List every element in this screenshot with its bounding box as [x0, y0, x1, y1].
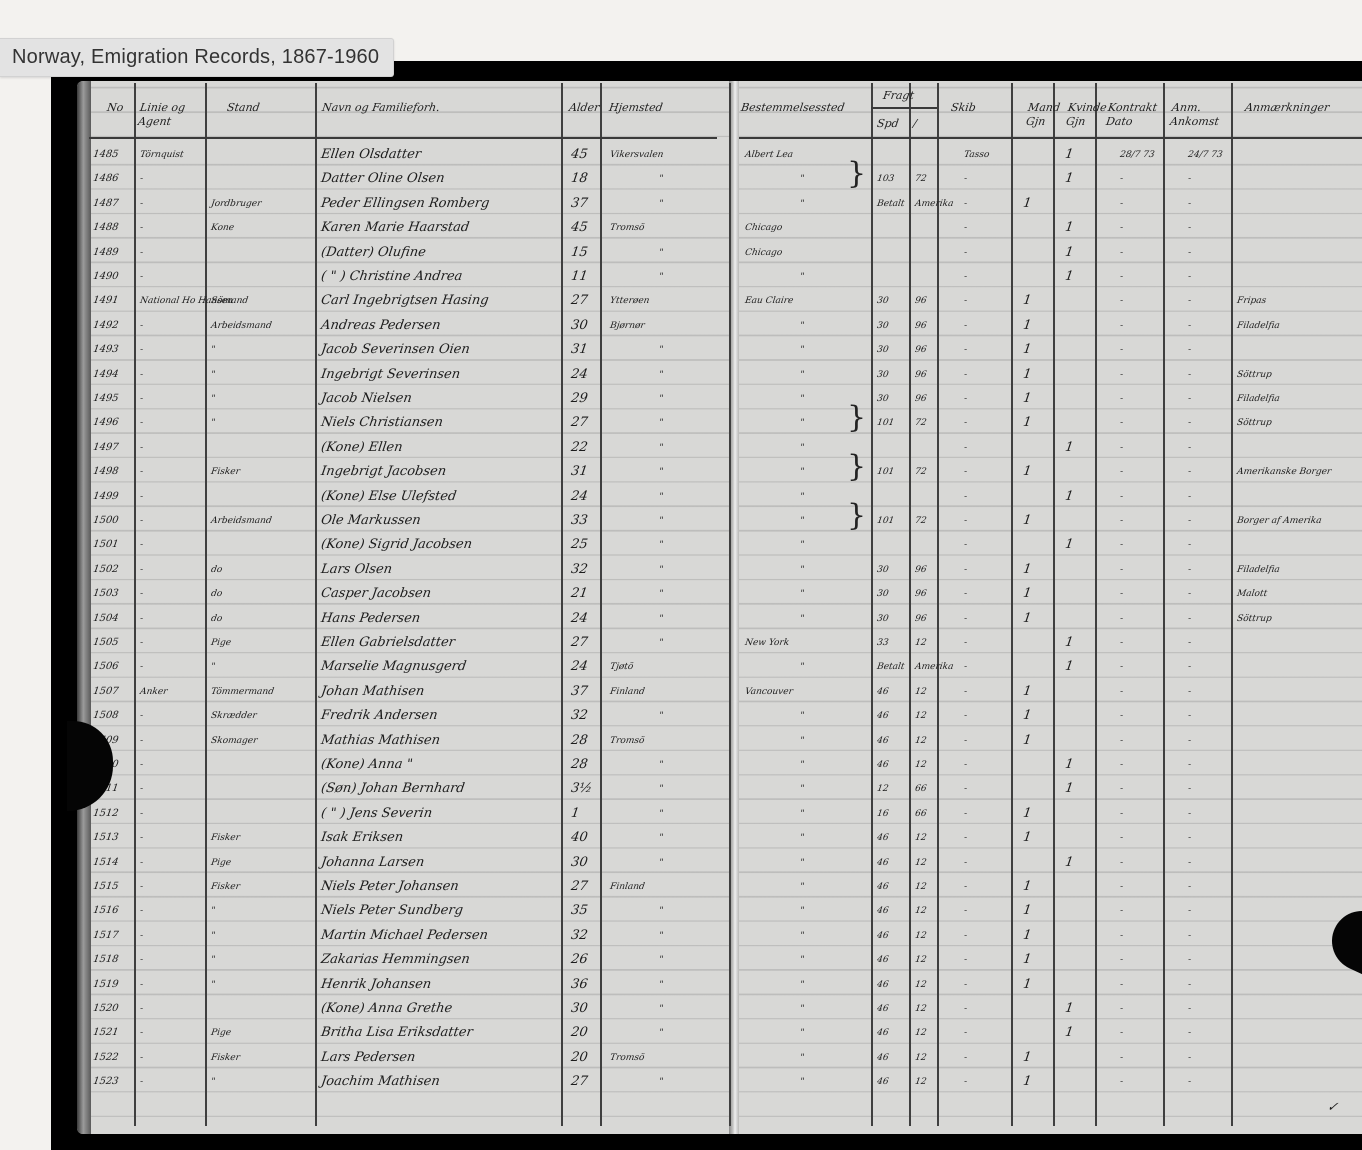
cell-no: 1521	[92, 1026, 119, 1040]
cell-age: 27	[570, 636, 589, 650]
column-header-f: Kvinde Gjn	[1065, 101, 1109, 129]
cell-agent: -	[139, 904, 144, 918]
cell-home: "	[658, 368, 664, 382]
cell-ort: 12	[914, 636, 927, 650]
cell-ort: 12	[914, 1075, 927, 1089]
cell-no: 1496	[92, 416, 119, 430]
cell-agent: -	[139, 978, 144, 992]
cell-dest: "	[799, 465, 805, 479]
cell-no: 1504	[92, 612, 119, 626]
cell-age: 27	[570, 294, 589, 308]
cell-agent: -	[139, 1075, 144, 1089]
cell-home: "	[658, 709, 664, 723]
cell-no: 1520	[92, 1002, 119, 1016]
cell-occ: Pige	[210, 636, 232, 650]
cell-name: Niels Peter Johansen	[320, 880, 460, 894]
cell-rem: Borger af Amerika	[1236, 514, 1322, 528]
cell-agent: -	[139, 587, 144, 601]
cell-spd: Betalt	[876, 197, 905, 211]
cell-age: 30	[570, 856, 589, 870]
cell-name: Jacob Severinsen Oien	[320, 343, 471, 357]
cell-date: -	[1119, 563, 1124, 577]
cell-name: Mathias Mathisen	[320, 734, 441, 748]
cell-ort: Amerika	[914, 197, 954, 211]
cell-arr: -	[1187, 929, 1192, 943]
cell-home: "	[658, 587, 664, 601]
cell-agent: -	[139, 856, 144, 870]
column-rule	[1011, 83, 1013, 1126]
cell-ship: -	[963, 587, 968, 601]
cell-home: Tromsö	[609, 1051, 645, 1065]
cell-ship: -	[963, 807, 968, 821]
column-rule	[1231, 83, 1233, 1126]
cell-age: 30	[570, 319, 589, 333]
cell-m: 1	[1022, 1051, 1032, 1065]
column-header-arr: Anm. Ankomst	[1169, 101, 1239, 129]
cell-occ: Sömand	[210, 294, 249, 308]
column-rule	[871, 83, 873, 1126]
cell-agent: -	[139, 758, 144, 772]
cell-home: "	[658, 782, 664, 796]
cell-dest: "	[799, 782, 805, 796]
cell-dest: "	[799, 197, 805, 211]
cell-arr: 24/7 73	[1187, 148, 1223, 162]
cell-occ: "	[210, 416, 216, 430]
cell-arr: -	[1187, 856, 1192, 870]
cell-ort: Amerika	[914, 660, 954, 674]
cell-dest: "	[799, 319, 805, 333]
cell-home: "	[658, 929, 664, 943]
cell-f: 1	[1064, 490, 1074, 504]
cell-age: 45	[570, 148, 589, 162]
cell-no: 1506	[92, 660, 119, 674]
cell-dest: "	[799, 368, 805, 382]
cell-f: 1	[1064, 758, 1074, 772]
cell-date: -	[1119, 612, 1124, 626]
cell-name: Zakarias Hemmingsen	[320, 953, 471, 967]
cell-date: -	[1119, 221, 1124, 235]
cell-dest: "	[799, 270, 805, 284]
cell-arr: -	[1187, 904, 1192, 918]
cell-ship: -	[963, 319, 968, 333]
cell-spd: 46	[876, 709, 889, 723]
cell-arr: -	[1187, 1026, 1192, 1040]
cell-agent: -	[139, 660, 144, 674]
cell-date: -	[1119, 1026, 1124, 1040]
column-rule	[134, 83, 136, 1126]
cell-date: -	[1119, 1075, 1124, 1089]
cell-spd: 30	[876, 587, 889, 601]
cell-m: 1	[1022, 685, 1032, 699]
cell-spd: 46	[876, 856, 889, 870]
cell-date: -	[1119, 343, 1124, 357]
cell-occ: do	[210, 563, 223, 577]
cell-date: -	[1119, 978, 1124, 992]
cell-ort: 96	[914, 392, 927, 406]
cell-occ: Tömmermand	[210, 685, 275, 699]
cell-date: -	[1119, 490, 1124, 504]
cell-occ: Skrædder	[210, 709, 258, 723]
cell-m: 1	[1022, 807, 1032, 821]
cell-agent: -	[139, 172, 144, 186]
cell-arr: -	[1187, 807, 1192, 821]
cell-age: 28	[570, 734, 589, 748]
cell-ort: 12	[914, 880, 927, 894]
cell-ort: 96	[914, 294, 927, 308]
cell-occ: Pige	[210, 1026, 232, 1040]
cell-agent: -	[139, 246, 144, 260]
cell-name: Britha Lisa Eriksdatter	[320, 1026, 474, 1040]
cell-home: "	[658, 416, 664, 430]
column-rule	[729, 83, 731, 1126]
cell-dest: "	[799, 587, 805, 601]
cell-home: "	[658, 1002, 664, 1016]
cell-name: Jacob Nielsen	[320, 392, 413, 406]
cell-spd: 101	[876, 514, 895, 528]
cell-agent: -	[139, 319, 144, 333]
cell-age: 27	[570, 880, 589, 894]
cell-date: -	[1119, 441, 1124, 455]
cell-f: 1	[1064, 221, 1074, 235]
cell-rem: Filadelfia	[1236, 392, 1281, 406]
cell-no: 1485	[92, 148, 119, 162]
cell-ort: 12	[914, 709, 927, 723]
cell-ship: -	[963, 904, 968, 918]
cell-age: 20	[570, 1051, 589, 1065]
cell-no: 1519	[92, 978, 119, 992]
cell-dest: "	[799, 734, 805, 748]
cell-agent: -	[139, 441, 144, 455]
cell-name: Niels Peter Sundberg	[320, 904, 464, 918]
cell-home: "	[658, 172, 664, 186]
cell-spd: 46	[876, 1051, 889, 1065]
cell-spd: 46	[876, 1002, 889, 1016]
cell-spd: 30	[876, 612, 889, 626]
cell-no: 1487	[92, 197, 119, 211]
cell-rem: Malott	[1236, 587, 1268, 601]
cell-agent: -	[139, 709, 144, 723]
cell-ship: -	[963, 343, 968, 357]
cell-agent: -	[139, 343, 144, 357]
cell-dest: "	[799, 514, 805, 528]
cell-ort: 12	[914, 734, 927, 748]
cell-date: 28/7 73	[1119, 148, 1155, 162]
cell-date: -	[1119, 856, 1124, 870]
cell-ort: 12	[914, 1002, 927, 1016]
cell-home: "	[658, 758, 664, 772]
cell-spd: 46	[876, 1026, 889, 1040]
cell-agent: -	[139, 514, 144, 528]
cell-date: -	[1119, 660, 1124, 674]
cell-ship: -	[963, 685, 968, 699]
cell-ship: -	[963, 246, 968, 260]
cell-dest: "	[799, 660, 805, 674]
cell-spd: 30	[876, 392, 889, 406]
cell-arr: -	[1187, 465, 1192, 479]
cell-occ: "	[210, 368, 216, 382]
family-brace: }	[847, 403, 866, 433]
cell-name: Ellen Olsdatter	[320, 148, 422, 162]
cell-dest: "	[799, 172, 805, 186]
cell-dest: "	[799, 758, 805, 772]
cell-home: Tromsö	[609, 734, 645, 748]
book-spine	[77, 81, 91, 1134]
cell-name: (Kone) Anna Grethe	[320, 1002, 453, 1016]
cell-occ: "	[210, 978, 216, 992]
cell-occ: Kone	[210, 221, 235, 235]
cell-age: 24	[570, 490, 589, 504]
cell-spd: 30	[876, 368, 889, 382]
cell-age: 1	[570, 807, 580, 821]
cell-m: 1	[1022, 709, 1032, 723]
cell-home: "	[658, 1075, 664, 1089]
cell-age: 15	[570, 246, 589, 260]
cell-name: (Datter) Olufine	[320, 246, 427, 260]
cell-ship: -	[963, 416, 968, 430]
image-viewer[interactable]: NoLinie og AgentStandNavn og Familieforh…	[51, 61, 1362, 1150]
cell-arr: -	[1187, 368, 1192, 382]
cell-spd: 101	[876, 465, 895, 479]
cell-m: 1	[1022, 612, 1032, 626]
cell-agent: -	[139, 807, 144, 821]
cell-dest: "	[799, 807, 805, 821]
cell-spd: 30	[876, 319, 889, 333]
cell-f: 1	[1064, 538, 1074, 552]
cell-occ: Fisker	[210, 831, 241, 845]
cell-rem: Söttrup	[1236, 612, 1273, 626]
cell-occ: Pige	[210, 856, 232, 870]
cell-name: Ole Markussen	[320, 514, 422, 528]
cell-arr: -	[1187, 612, 1192, 626]
cell-ort: 96	[914, 343, 927, 357]
page-gutter	[729, 81, 739, 1134]
cell-spd: 12	[876, 782, 889, 796]
cell-date: -	[1119, 587, 1124, 601]
family-brace: }	[847, 501, 866, 531]
cell-ship: -	[963, 978, 968, 992]
cell-ort: 96	[914, 587, 927, 601]
cell-ship: -	[963, 392, 968, 406]
cell-ship: -	[963, 758, 968, 772]
cell-no: 1517	[92, 929, 119, 943]
cell-age: 28	[570, 758, 589, 772]
cell-no: 1513	[92, 831, 119, 845]
family-brace: }	[847, 452, 866, 482]
cell-ship: -	[963, 538, 968, 552]
cell-occ: Fisker	[210, 1051, 241, 1065]
cell-name: (Søn) Johan Bernhard	[320, 782, 466, 796]
cell-age: 18	[570, 172, 589, 186]
cell-arr: -	[1187, 392, 1192, 406]
cell-dest: "	[799, 1075, 805, 1089]
cell-agent: Törnquist	[139, 148, 184, 162]
cell-age: 32	[570, 709, 589, 723]
cell-date: -	[1119, 465, 1124, 479]
cell-m: 1	[1022, 294, 1032, 308]
cell-f: 1	[1064, 148, 1074, 162]
cell-date: -	[1119, 880, 1124, 894]
cell-date: -	[1119, 709, 1124, 723]
column-header-ort: /	[912, 117, 918, 131]
cell-dest: "	[799, 831, 805, 845]
cell-home: "	[658, 343, 664, 357]
cell-ort: 12	[914, 1026, 927, 1040]
cell-occ: Fisker	[210, 880, 241, 894]
cell-m: 1	[1022, 563, 1032, 577]
cell-ship: -	[963, 1051, 968, 1065]
cell-ort: 72	[914, 465, 927, 479]
cell-date: -	[1119, 685, 1124, 699]
cell-name: Andreas Pedersen	[320, 319, 441, 333]
cell-m: 1	[1022, 734, 1032, 748]
cell-agent: -	[139, 416, 144, 430]
cell-name: Ingebrigt Severinsen	[320, 368, 461, 382]
cell-date: -	[1119, 538, 1124, 552]
cell-dest: Eau Claire	[744, 294, 794, 308]
cell-f: 1	[1064, 636, 1074, 650]
column-header-name: Navn og Familieforh.	[321, 101, 441, 115]
cell-m: 1	[1022, 904, 1032, 918]
cell-dest: "	[799, 392, 805, 406]
cell-home: "	[658, 490, 664, 504]
cell-ship: -	[963, 490, 968, 504]
cell-name: (Kone) Else Ulefsted	[320, 490, 457, 504]
column-header-agent: Linie og Agent	[137, 101, 209, 129]
cell-arr: -	[1187, 660, 1192, 674]
cell-home: Finland	[609, 685, 646, 699]
cell-f: 1	[1064, 660, 1074, 674]
cell-m: 1	[1022, 197, 1032, 211]
cell-ort: 72	[914, 172, 927, 186]
cell-ship: -	[963, 1002, 968, 1016]
cell-home: "	[658, 953, 664, 967]
cell-name: Fredrik Andersen	[320, 709, 438, 723]
cell-name: Isak Eriksen	[320, 831, 404, 845]
column-header-spd: Spd	[876, 117, 900, 131]
cell-arr: -	[1187, 538, 1192, 552]
column-rule	[909, 83, 911, 1126]
cell-no: 1518	[92, 953, 119, 967]
cell-arr: -	[1187, 294, 1192, 308]
cell-agent: -	[139, 612, 144, 626]
column-rule	[937, 83, 939, 1126]
cell-age: 24	[570, 660, 589, 674]
cell-no: 1499	[92, 490, 119, 504]
cell-f: 1	[1064, 246, 1074, 260]
cell-ship: -	[963, 612, 968, 626]
cell-home: Ytterøen	[609, 294, 650, 308]
cell-ort: 12	[914, 978, 927, 992]
cell-name: Hans Pedersen	[320, 612, 421, 626]
cell-home: Bjørnør	[609, 319, 646, 333]
cell-spd: 30	[876, 563, 889, 577]
cell-ship: -	[963, 1026, 968, 1040]
cell-no: 1497	[92, 441, 119, 455]
cell-name: Lars Olsen	[320, 563, 393, 577]
cell-age: 32	[570, 563, 589, 577]
cell-date: -	[1119, 734, 1124, 748]
cell-f: 1	[1064, 782, 1074, 796]
cell-spd: 46	[876, 953, 889, 967]
cell-m: 1	[1022, 319, 1032, 333]
cell-m: 1	[1022, 831, 1032, 845]
cell-date: -	[1119, 368, 1124, 382]
cell-f: 1	[1064, 172, 1074, 186]
cell-spd: 46	[876, 929, 889, 943]
cell-name: Johanna Larsen	[320, 856, 425, 870]
cell-age: 20	[570, 1026, 589, 1040]
cell-occ: Skomager	[210, 734, 258, 748]
cell-ship: -	[963, 465, 968, 479]
cell-arr: -	[1187, 709, 1192, 723]
column-rule	[1053, 83, 1055, 1126]
cell-f: 1	[1064, 856, 1074, 870]
cell-occ: Jordbruger	[210, 197, 262, 211]
cell-name: Martin Michael Pedersen	[320, 929, 489, 943]
cell-no: 1492	[92, 319, 119, 333]
cell-spd: 46	[876, 904, 889, 918]
cell-ort: 12	[914, 856, 927, 870]
cell-age: 45	[570, 221, 589, 235]
cell-age: 35	[570, 904, 589, 918]
cell-name: (Kone) Ellen	[320, 441, 403, 455]
cell-date: -	[1119, 904, 1124, 918]
cell-ort: 12	[914, 929, 927, 943]
column-header-fare: Fragt	[882, 89, 915, 103]
record-collection-title: Norway, Emigration Records, 1867-1960	[0, 38, 394, 77]
cell-name: Karen Marie Haarstad	[320, 221, 470, 235]
cell-agent: -	[139, 831, 144, 845]
cell-no: 1493	[92, 343, 119, 357]
cell-ship: -	[963, 441, 968, 455]
cell-dest: "	[799, 490, 805, 504]
cell-agent: -	[139, 270, 144, 284]
cell-arr: -	[1187, 636, 1192, 650]
cell-occ: "	[210, 929, 216, 943]
cell-occ: Arbeidsmand	[210, 514, 273, 528]
column-header-ship: Skib	[950, 101, 977, 115]
cell-occ: "	[210, 343, 216, 357]
cell-dest: "	[799, 929, 805, 943]
cell-ort: 66	[914, 782, 927, 796]
cell-no: 1486	[92, 172, 119, 186]
cell-home: "	[658, 392, 664, 406]
cell-agent: -	[139, 197, 144, 211]
ledger-page: NoLinie og AgentStandNavn og Familieforh…	[77, 81, 1362, 1134]
cell-dest: "	[799, 343, 805, 357]
cell-date: -	[1119, 953, 1124, 967]
cell-spd: Betalt	[876, 660, 905, 674]
cell-home: "	[658, 246, 664, 260]
cell-dest: "	[799, 441, 805, 455]
cell-arr: -	[1187, 734, 1192, 748]
cell-dest: "	[799, 904, 805, 918]
cell-name: Johan Mathisen	[320, 685, 425, 699]
cell-dest: "	[799, 563, 805, 577]
cell-agent: -	[139, 953, 144, 967]
cell-age: 32	[570, 929, 589, 943]
cell-no: 1502	[92, 563, 119, 577]
cell-home: Tromsö	[609, 221, 645, 235]
cell-no: 1498	[92, 465, 119, 479]
cell-home: "	[658, 831, 664, 845]
cell-agent: -	[139, 563, 144, 577]
column-rule	[600, 83, 602, 1126]
cell-home: "	[658, 856, 664, 870]
cell-no: 1515	[92, 880, 119, 894]
cell-name: Henrik Johansen	[320, 978, 432, 992]
cell-arr: -	[1187, 831, 1192, 845]
